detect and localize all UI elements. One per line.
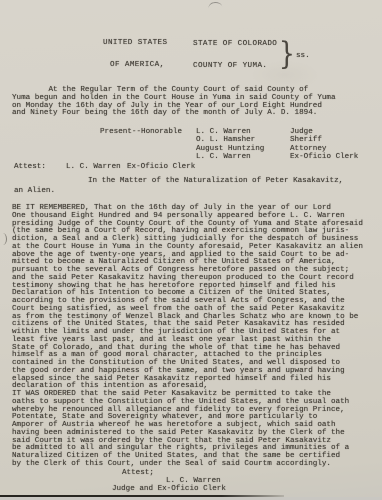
header-state-of-colorado: STATE OF COLORADO [193, 41, 277, 49]
body-text: BE IT REMEMBERED, That on the 16th day o… [12, 205, 363, 469]
officer-name: O. L. Hamsher [196, 137, 255, 145]
matter-line: In the Matter of the Naturalization of P… [88, 178, 343, 186]
pencil-mark [208, 1, 223, 10]
header-county-of-yuma: COUNTY OF YUMA. [193, 63, 267, 71]
margin-paren-mark [1, 233, 7, 245]
matter-line-alien: an Alien. [14, 188, 55, 196]
attest-title: Ex-Oficio Clerk [127, 164, 195, 172]
officer-name: L. C. Warren [196, 154, 251, 162]
officer-title: Ex-Oficio Clerk [290, 154, 358, 162]
officer-row: O. L. Hamsher Sheriff [196, 137, 376, 145]
term-paragraph: At the Regular Term of the County Court … [12, 87, 336, 118]
header-united-states: UNITED STATES [103, 40, 167, 48]
attest-label: Attest: [14, 164, 46, 172]
signature-title: Judge and Ex-Oficio Clerk [112, 486, 226, 494]
header-of-america: OF AMERICA, [110, 62, 165, 70]
attest-name: L. C. Warren [66, 164, 121, 172]
scanned-naturalization-record: UNITED STATES OF AMERICA, STATE OF COLOR… [0, 0, 382, 500]
venue-brace: } [279, 36, 295, 72]
closing-attest: Attest; [122, 470, 154, 478]
present-label: Present--Honorable [100, 129, 182, 137]
ss-label: ss. [296, 53, 310, 61]
officer-title: Sheriff [290, 137, 322, 145]
officer-row: L. C. Warren Ex-Oficio Clerk [196, 154, 376, 162]
